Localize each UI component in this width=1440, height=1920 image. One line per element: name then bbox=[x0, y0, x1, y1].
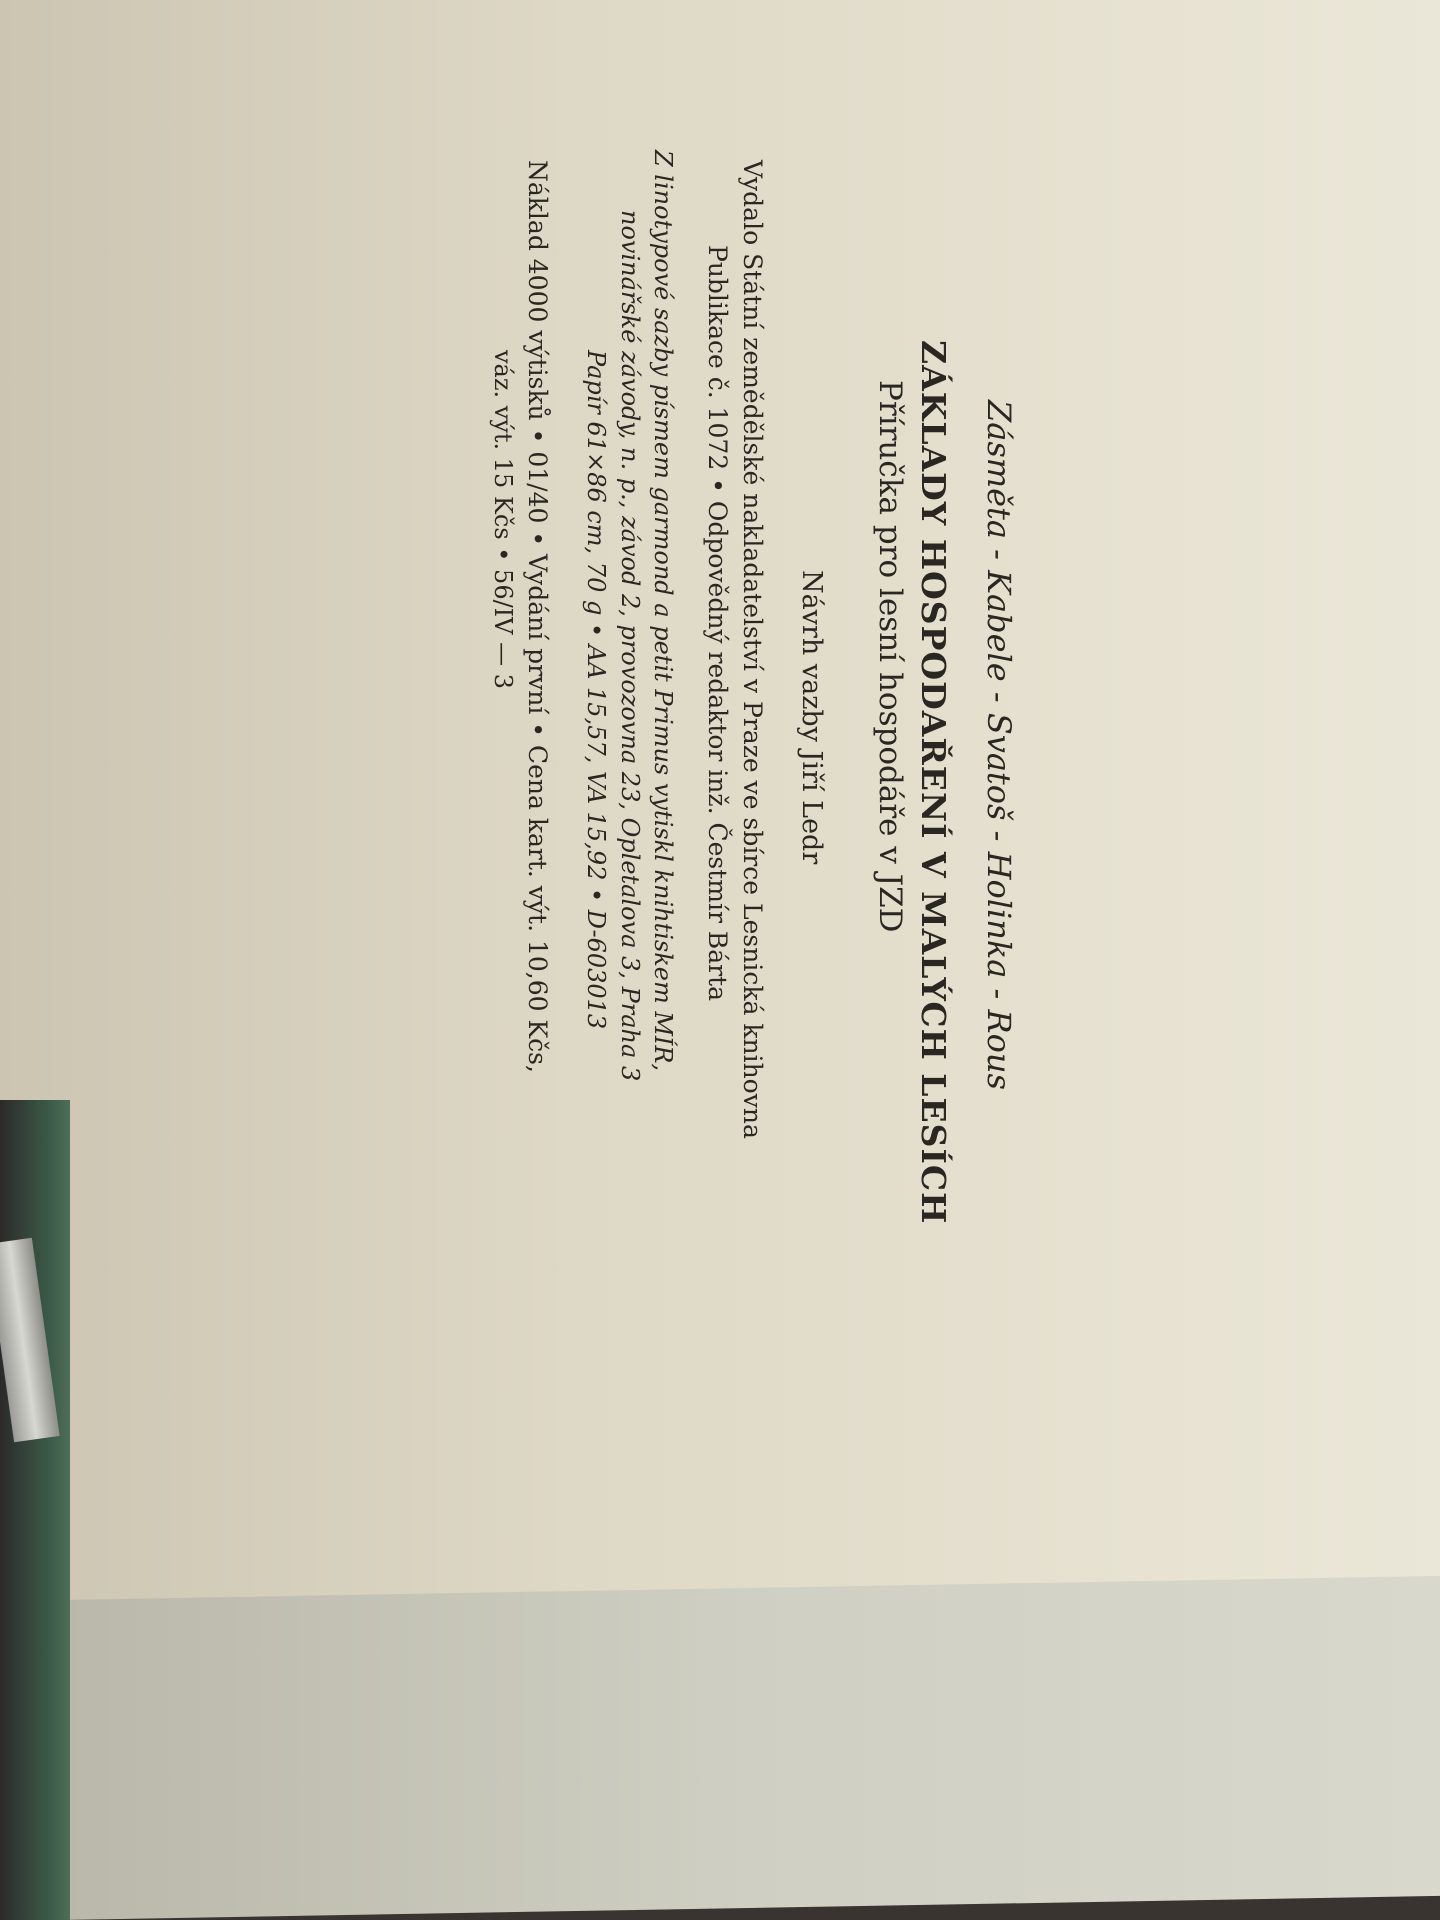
paper-line: Papír 61×86 cm, 70 g • AA 15,57, VA 15,9… bbox=[584, 350, 608, 1029]
publication-number-line: Publikace č. 1072 • Odpovědný redaktor i… bbox=[705, 245, 730, 1001]
publisher-line: Vydalo Státní zemědělské nakladatelství … bbox=[740, 160, 765, 1139]
authors: Zásměta - Kabele - Svatoš - Holinka - Ro… bbox=[983, 400, 1015, 1090]
book-title: ZÁKLADY HOSPODAŘENÍ V MALÝCH LESÍCH bbox=[917, 340, 950, 1224]
endpaper bbox=[60, 1576, 1440, 1920]
book-subtitle: Příručka pro lesní hospodáře v JZD bbox=[874, 380, 905, 933]
print-run-line: Náklad 4000 výtisků • 01/40 • Vydání prv… bbox=[525, 160, 550, 1073]
book-spine bbox=[0, 1100, 70, 1920]
cover-design-credit: Návrh vazby Jiří Ledr bbox=[798, 570, 825, 864]
printing-line-1: Z linotypové sazby písmem garmond a peti… bbox=[651, 150, 675, 1071]
price-line: váz. výt. 15 Kčs • 56/IV — 3 bbox=[491, 350, 515, 689]
printing-line-2: novinářské závody, n. p., závod 2, provo… bbox=[618, 210, 642, 1081]
